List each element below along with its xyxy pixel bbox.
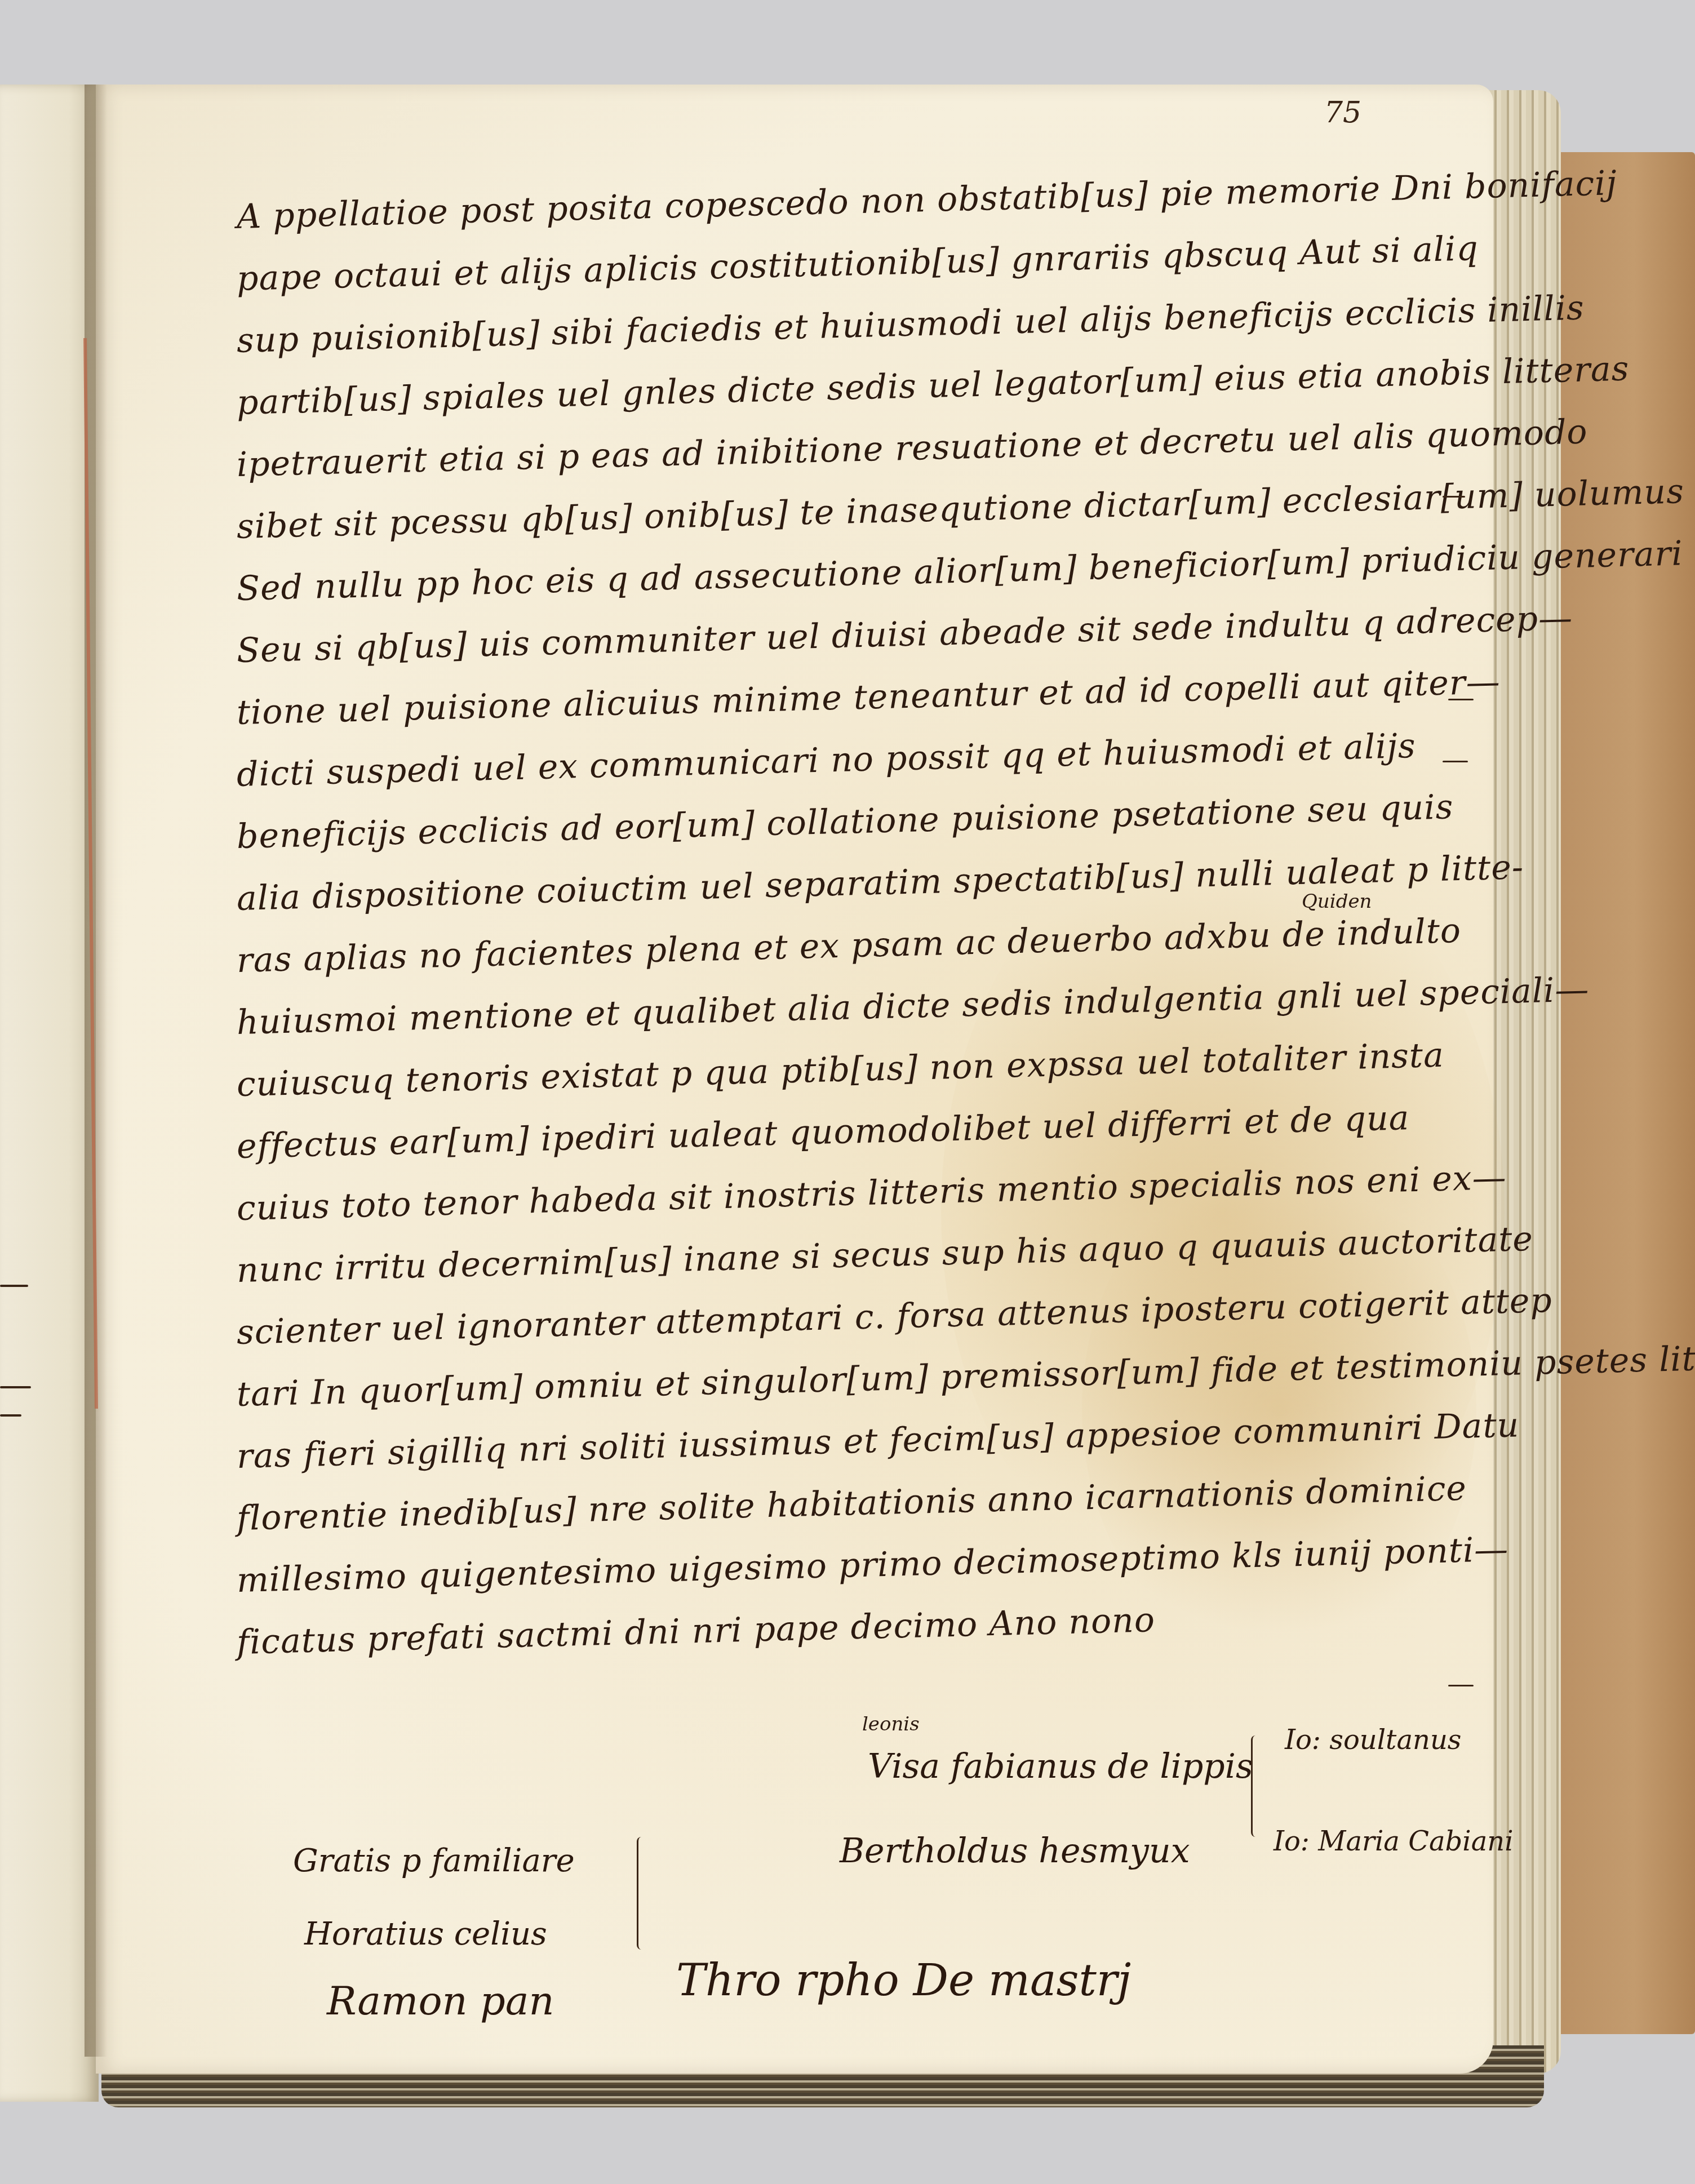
signature-brace [1251,1735,1261,1837]
signature-ramon: Ramon pan [327,1978,554,2024]
signature-bertholdus: Bertholdus hesmyux [840,1831,1190,1871]
interlinear-note: leonis [862,1713,920,1735]
margin-dash [1443,761,1468,762]
gutter-shadow [85,85,107,2057]
left-page-ink-mark [0,1285,28,1287]
left-page-ink-mark [0,1414,21,1417]
margin-dash [1448,1685,1474,1686]
signature-gratis: Gratis p familiare [293,1843,575,1879]
margin-dash [1443,496,1465,498]
signature-horatius: Horatius celius [304,1916,547,1952]
left-page-ink-mark [0,1386,31,1388]
signature-cabiani: Io: Maria Cabiani [1274,1826,1514,1857]
signature-brace [637,1837,646,1950]
signature-thro: Thro rpho De mastrj [676,1955,1131,2006]
interlinear-note: Quiden [1302,890,1372,913]
manuscript-text: A ppellatioe post posita copescedo non o… [237,186,1465,1673]
folio-number: 75 [1324,96,1361,130]
signature-fabianus: Visa fabianus de lippis [868,1747,1253,1786]
signature-soultanus: Io: soultanus [1285,1724,1461,1756]
margin-dash [1448,699,1474,700]
